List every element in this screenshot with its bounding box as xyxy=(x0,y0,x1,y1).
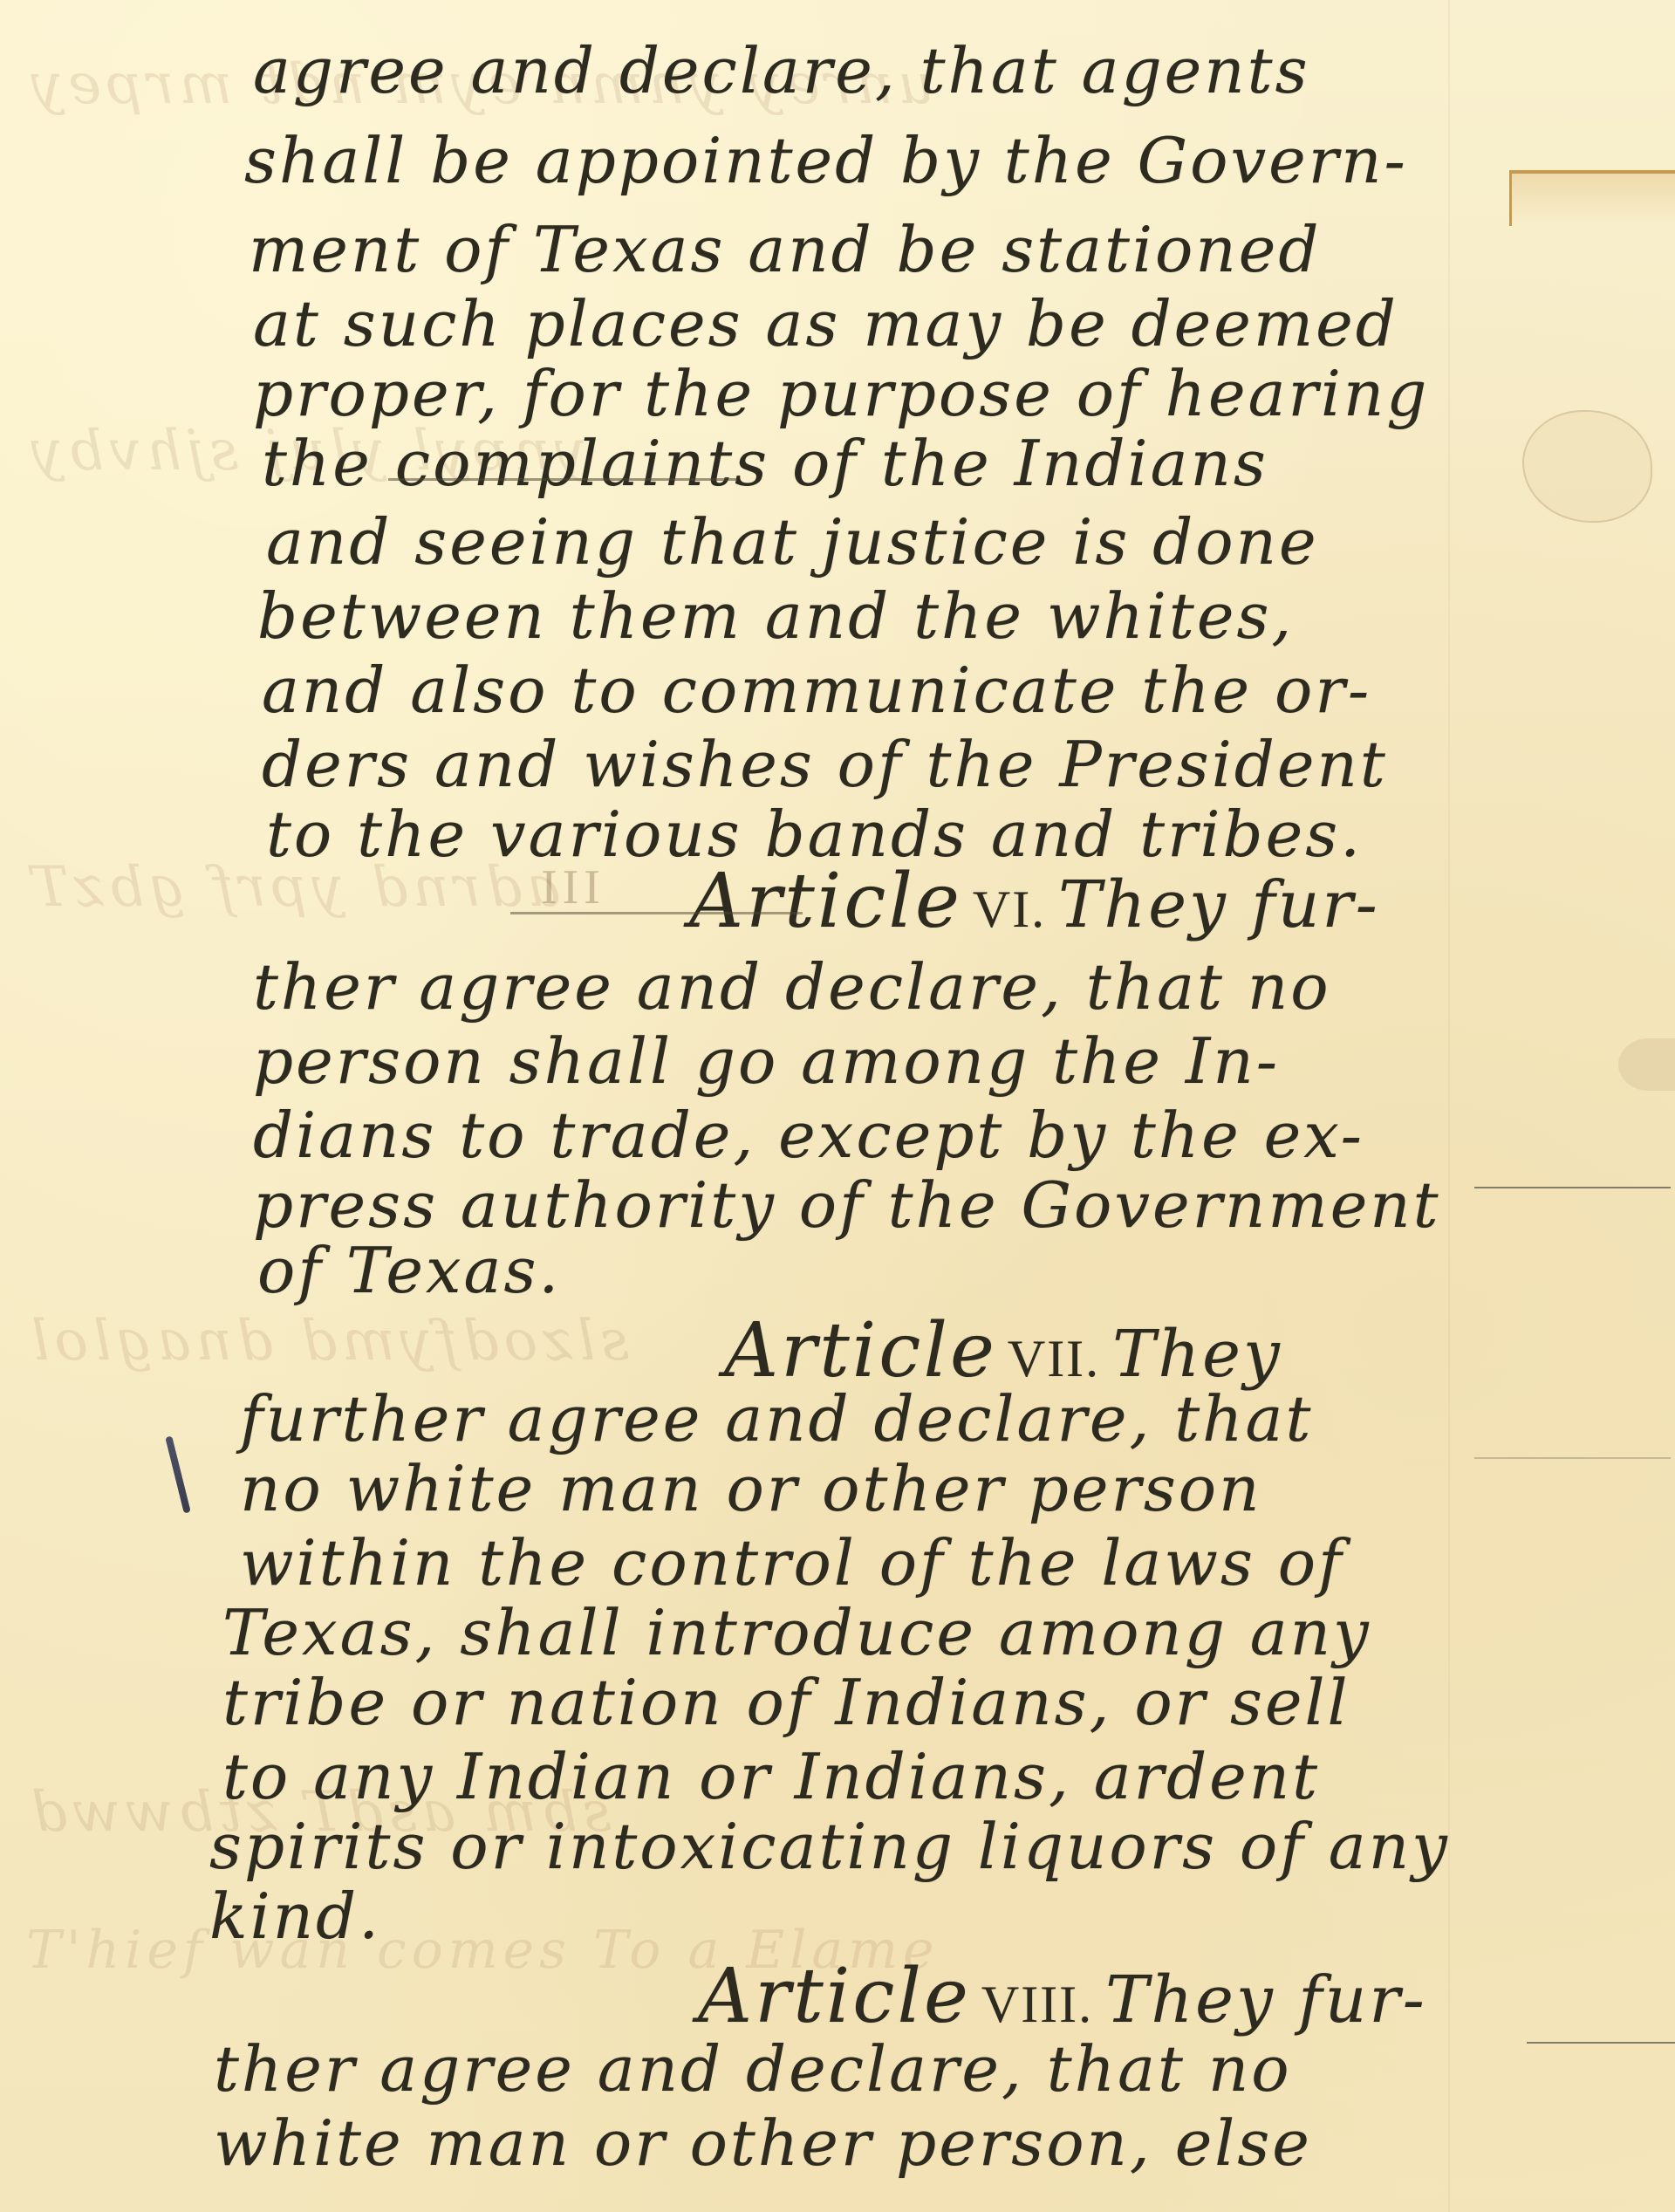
text-line: no white man or other person xyxy=(240,1457,1262,1520)
article-heading-continuation: They fur- xyxy=(1105,1962,1427,2037)
article-heading-viii: ArticleVIII.They fur- xyxy=(698,1959,1427,2034)
text-line: press authority of the Government xyxy=(253,1174,1441,1236)
text-line: within the control of the laws of xyxy=(240,1531,1344,1594)
text-line: shall be appointed by the Govern- xyxy=(244,129,1408,192)
paper-tab-mark xyxy=(1509,170,1675,226)
text-line: ment of Texas and be stationed xyxy=(249,218,1321,281)
text-line: kind. xyxy=(209,1885,381,1948)
paper-stain xyxy=(1522,410,1652,523)
text-line: ders and wishes of the President xyxy=(262,733,1388,796)
article-heading-vii: ArticleVII.They xyxy=(724,1313,1282,1388)
article-heading-continuation: They fur- xyxy=(1058,867,1380,942)
paper-edge-line xyxy=(1474,1457,1671,1459)
article-label: Article xyxy=(698,1953,971,2040)
manuscript-page: unrey ynmn eym ndt mrpey ynpyl yluj sjhv… xyxy=(0,0,1675,2212)
text-line: Texas, shall introduce among any xyxy=(222,1601,1371,1664)
text-line: to any Indian or Indians, ardent xyxy=(222,1745,1320,1808)
text-line: dians to trade, except by the ex- xyxy=(253,1104,1364,1167)
text-line: to the various bands and tribes. xyxy=(266,803,1363,866)
text-line: and seeing that justice is done xyxy=(266,510,1319,573)
margin-pen-mark xyxy=(165,1435,191,1513)
text-line: and also to communicate the or- xyxy=(262,659,1371,722)
article-label: Article xyxy=(724,1307,997,1394)
article-label: Article xyxy=(689,858,962,945)
bleed-through-text: slzodfymd dnaglol xyxy=(26,1309,629,1373)
text-line: tribe or nation of Indians, or sell xyxy=(222,1671,1350,1734)
article-numeral: VII. xyxy=(1008,1330,1100,1387)
heading-rule xyxy=(510,912,803,914)
article-numeral: VIII. xyxy=(981,1976,1093,2033)
text-line: ther agree and declare, that no xyxy=(214,2037,1292,2100)
text-line: at such places as may be deemed xyxy=(253,292,1398,355)
text-line: the complaints of the Indians xyxy=(262,432,1268,495)
text-line: proper, for the purpose of hearing xyxy=(253,362,1429,425)
text-line: further agree and declare, that xyxy=(240,1387,1313,1450)
paper-edge-line xyxy=(1527,2042,1675,2044)
text-line: white man or other person, else xyxy=(214,2112,1312,2174)
text-line: of Texas. xyxy=(257,1239,561,1302)
text-line: person shall go among the In- xyxy=(253,1030,1280,1092)
text-line: spirits or intoxicating liquors of any xyxy=(209,1815,1450,1878)
text-line: agree and declare, that agents xyxy=(253,39,1310,102)
article-numeral: VI. xyxy=(973,880,1046,938)
underline xyxy=(388,478,737,481)
article-heading-continuation: They xyxy=(1112,1317,1282,1392)
article-heading-vi: ArticleVI.They fur- xyxy=(689,864,1380,939)
text-line: between them and the whites, xyxy=(257,585,1294,647)
paper-stain xyxy=(1618,1038,1675,1091)
text-line: ther agree and declare, that no xyxy=(253,955,1331,1018)
paper-edge-line xyxy=(1474,1187,1671,1188)
